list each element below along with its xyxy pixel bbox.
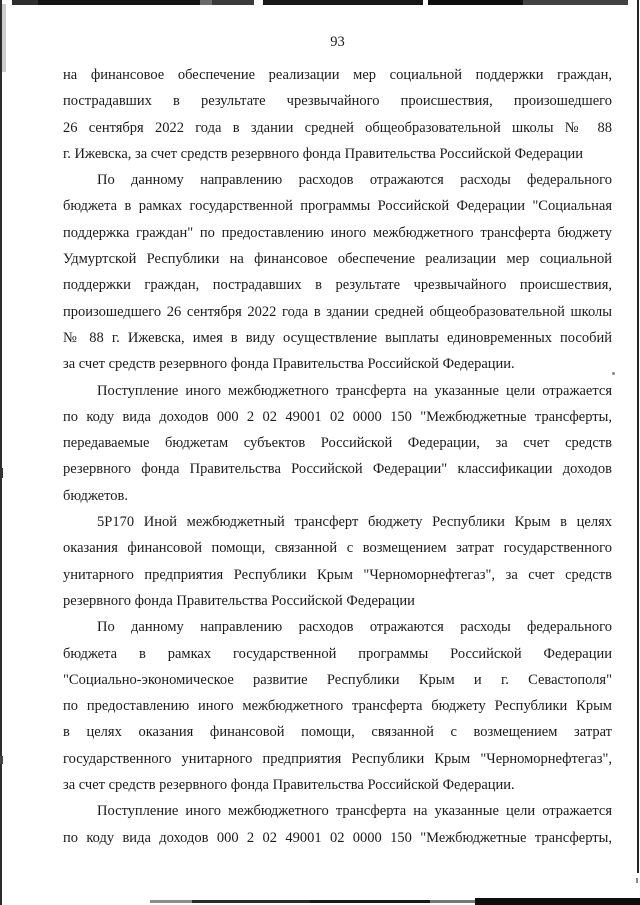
text-line: 26 сентября 2022 года в здании средней о… [63,115,612,141]
scan-tick-left-upper [0,468,3,478]
text-line: пострадавших в результате чрезвычайного … [63,88,612,114]
text-line: По данному направлению расходов отражают… [63,167,612,193]
text-line: Поступление иного межбюджетного трансфер… [63,378,612,404]
page-number: 93 [35,34,640,50]
text-line: произошедшего 26 сентября 2022 года в зд… [63,299,612,325]
text-line: в целях оказания финансовой помощи, связ… [63,719,612,745]
text-line: резервного фонда Правительства Российско… [63,588,612,614]
text-line: оказания финансовой помощи, связанной с … [63,535,612,561]
scanned-document-page: 93 на финансовое обеспечение реализации … [0,0,640,905]
text-line: г. Ижевска, за счет средств резервного ф… [63,141,612,167]
paragraph: на финансовое обеспечение реализации мер… [63,62,612,167]
paragraph: По данному направлению расходов отражают… [63,167,612,377]
text-line: бюджета в рамках государственной програм… [63,641,612,667]
paragraph: 5Р170 Иной межбюджетный трансферт бюджет… [63,509,612,614]
scan-edge-top [0,0,640,5]
text-line: за счет средств резервного фонда Правите… [63,772,612,798]
text-line: государственного унитарного предприятия … [63,746,612,772]
text-line: по коду вида доходов 000 2 02 49001 02 0… [63,825,612,851]
text-line: бюджета в рамках государственной програм… [63,193,612,219]
scan-speck [612,372,615,375]
scan-tick-left-lower [0,756,3,764]
scan-edge-bottom-left [150,900,475,903]
paragraph: Поступление иного межбюджетного трансфер… [63,378,612,509]
text-line: за счет средств резервного фонда Правите… [63,351,612,377]
text-line: бюджетов. [63,483,612,509]
scan-smudge-top-left [2,4,6,72]
text-line: поддержка граждан" по предоставлению ино… [63,220,612,246]
text-line: поддержки граждан, пострадавших в резуль… [63,272,612,298]
scan-edge-right [637,0,639,873]
text-line: резервного фонда Правительства Российско… [63,456,612,482]
document-text: на финансовое обеспечение реализации мер… [63,62,612,851]
scan-tick-right [636,878,638,883]
text-line: по коду вида доходов 000 2 02 49001 02 0… [63,404,612,430]
scan-edge-left [0,0,2,905]
text-line: по предоставлению иного межбюджетного тр… [63,693,612,719]
scan-edge-bottom-right [475,898,640,905]
text-line: "Социально-экономическое развитие Респуб… [63,667,612,693]
text-line: унитарного предприятия Республики Крым "… [63,562,612,588]
text-line: 5Р170 Иной межбюджетный трансферт бюджет… [63,509,612,535]
paragraph: По данному направлению расходов отражают… [63,614,612,798]
text-line: Поступление иного межбюджетного трансфер… [63,798,612,824]
text-line: на финансовое обеспечение реализации мер… [63,62,612,88]
text-line: передаваемые бюджетам субъектов Российск… [63,430,612,456]
text-line: № 88 г. Ижевска, имея в виду осуществлен… [63,325,612,351]
text-line: Удмуртской Республики на финансовое обес… [63,246,612,272]
paragraph: Поступление иного межбюджетного трансфер… [63,798,612,851]
text-line: По данному направлению расходов отражают… [63,614,612,640]
